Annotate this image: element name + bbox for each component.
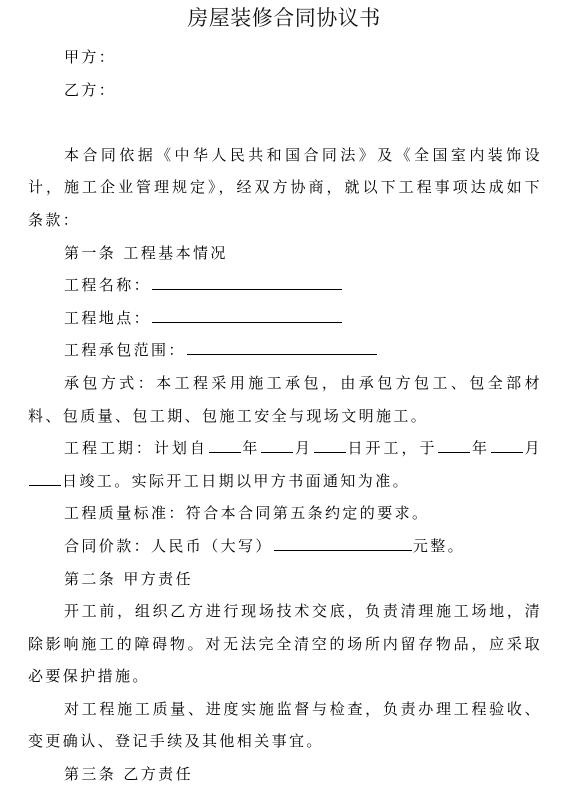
article-2-item-1: 开工前，组织乙方进行现场技术交底，负责清理施工场地，清除影响施工的障碍物。对无法… xyxy=(28,595,542,693)
start-year-label: 年 xyxy=(242,439,261,457)
start-month-label: 月 xyxy=(294,439,313,457)
project-location-label: 工程地点： xyxy=(64,309,151,327)
document-body: 甲方： 乙方： 本合同依据《中华人民共和国合同法》及《全国室内装饰设计，施工企业… xyxy=(28,41,542,791)
contract-price-line: 合同价款：人民币（大写）元整。 xyxy=(28,530,542,563)
end-month-blank[interactable] xyxy=(491,438,523,453)
project-scope-blank[interactable] xyxy=(187,340,377,355)
project-scope-label: 工程承包范围： xyxy=(64,341,186,359)
article-1-heading: 第一条 工程基本情况 xyxy=(28,237,542,270)
end-year-label: 年 xyxy=(471,439,490,457)
article-3-heading: 第三条 乙方责任 xyxy=(28,758,542,791)
contract-method-paragraph: 承包方式：本工程采用施工承包，由承包方包工、包全部材料、包质量、包工期、包施工安… xyxy=(28,367,542,432)
project-scope-line: 工程承包范围： xyxy=(28,334,542,367)
start-day-label: 日开工，于 xyxy=(347,439,437,457)
document-page: 房屋装修合同协议书 甲方： 乙方： 本合同依据《中华人民共和国合同法》及《全国室… xyxy=(0,0,568,806)
party-a-line: 甲方： xyxy=(28,41,542,74)
end-day-blank[interactable] xyxy=(29,471,61,486)
quality-standard-paragraph: 工程质量标准：符合本合同第五条约定的要求。 xyxy=(28,497,542,530)
start-day-blank[interactable] xyxy=(314,438,346,453)
project-location-blank[interactable] xyxy=(152,308,342,323)
end-month-label: 月 xyxy=(524,439,542,457)
project-name-blank[interactable] xyxy=(152,275,342,290)
duration-paragraph: 工程工期：计划自年月日开工，于年月日竣工。实际开工日期以甲方书面通知为准。 xyxy=(28,432,542,497)
end-year-blank[interactable] xyxy=(438,438,470,453)
article-2-item-2: 对工程施工质量、进度实施监督与检查，负责办理工程验收、变更确认、登记手续及其他相… xyxy=(28,693,542,758)
duration-prefix: 工程工期：计划自 xyxy=(64,439,208,457)
project-name-line: 工程名称： xyxy=(28,269,542,302)
preamble-paragraph: 本合同依据《中华人民共和国合同法》及《全国室内装饰设计，施工企业管理规定》，经双… xyxy=(28,139,542,237)
project-location-line: 工程地点： xyxy=(28,302,542,335)
price-suffix: 元整。 xyxy=(413,537,465,555)
party-b-line: 乙方： xyxy=(28,74,542,107)
start-year-blank[interactable] xyxy=(209,438,241,453)
document-title: 房屋装修合同协议书 xyxy=(0,3,568,33)
blank-line xyxy=(28,106,542,139)
price-amount-blank[interactable] xyxy=(274,536,412,551)
article-2-heading: 第二条 甲方责任 xyxy=(28,563,542,596)
end-day-label: 日竣工。实际开工日期以甲方书面通知为准。 xyxy=(62,472,410,490)
start-month-blank[interactable] xyxy=(261,438,293,453)
price-prefix: 合同价款：人民币（大写） xyxy=(64,537,273,555)
project-name-label: 工程名称： xyxy=(64,276,151,294)
